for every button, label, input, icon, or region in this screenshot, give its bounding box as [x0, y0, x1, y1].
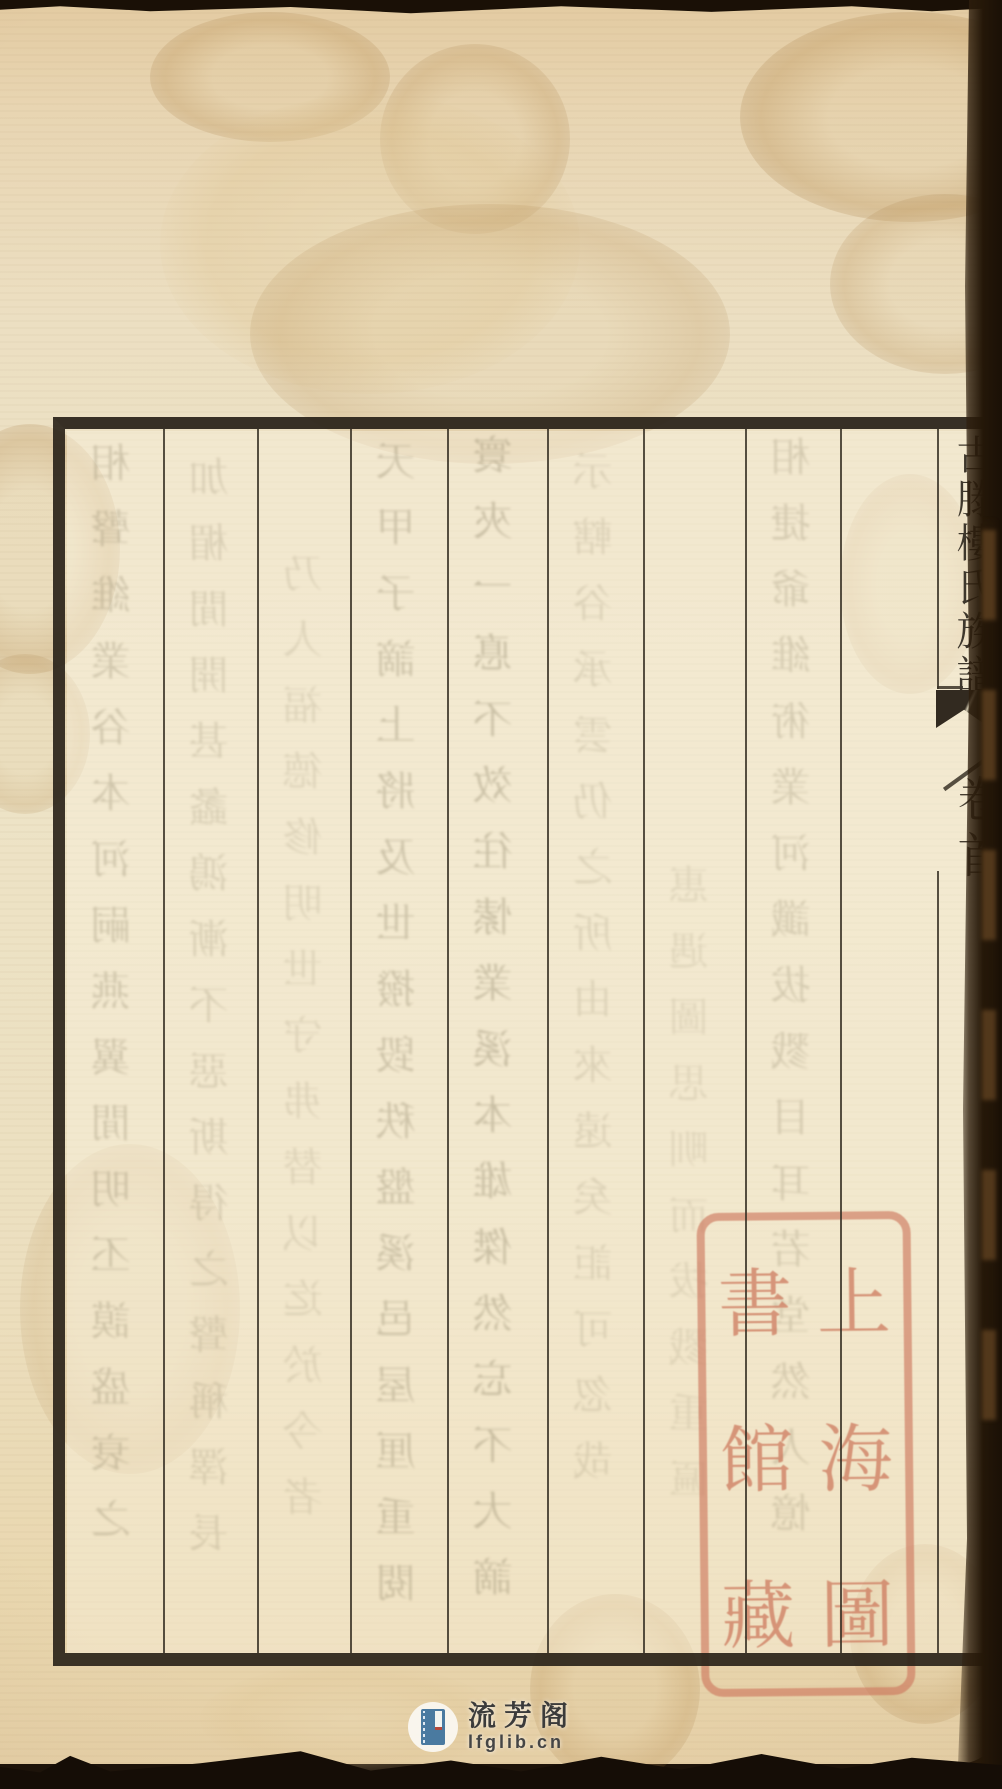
column-line: [257, 429, 259, 1653]
watermark-text: 流芳阁 lfglib.cn: [468, 1702, 576, 1752]
column-line: [745, 429, 747, 1653]
printed-border-frame: [53, 417, 1002, 1666]
column-line: [643, 429, 645, 1653]
book-fold-streaks: [982, 520, 996, 1420]
thread-bound-book-icon: [421, 1709, 445, 1745]
column-line: [350, 429, 352, 1653]
banxin-line: [937, 871, 939, 1653]
column-line: [547, 429, 549, 1653]
book-page: 相聲維業谷本河嗣燕翼閒明丕謨盛衰之加楣閒開甚蠡鴻漸不惡斯得之聲稱澤長乃人福德修明…: [0, 4, 1002, 1764]
column-line: [840, 429, 842, 1653]
paper-stain: [150, 12, 390, 142]
column-line: [163, 429, 165, 1653]
watermark-logo-circle: [408, 1702, 458, 1752]
paper-stain: [740, 12, 1002, 222]
paper-stain: [380, 44, 570, 234]
column-line: [447, 429, 449, 1653]
banxin-line: [937, 429, 939, 689]
watermark-site-name: 流芳阁: [468, 1702, 576, 1732]
watermark-site-domain: lfglib.cn: [468, 1732, 576, 1752]
paper-stain: [160, 94, 580, 394]
site-watermark: 流芳阁 lfglib.cn: [408, 1702, 576, 1752]
